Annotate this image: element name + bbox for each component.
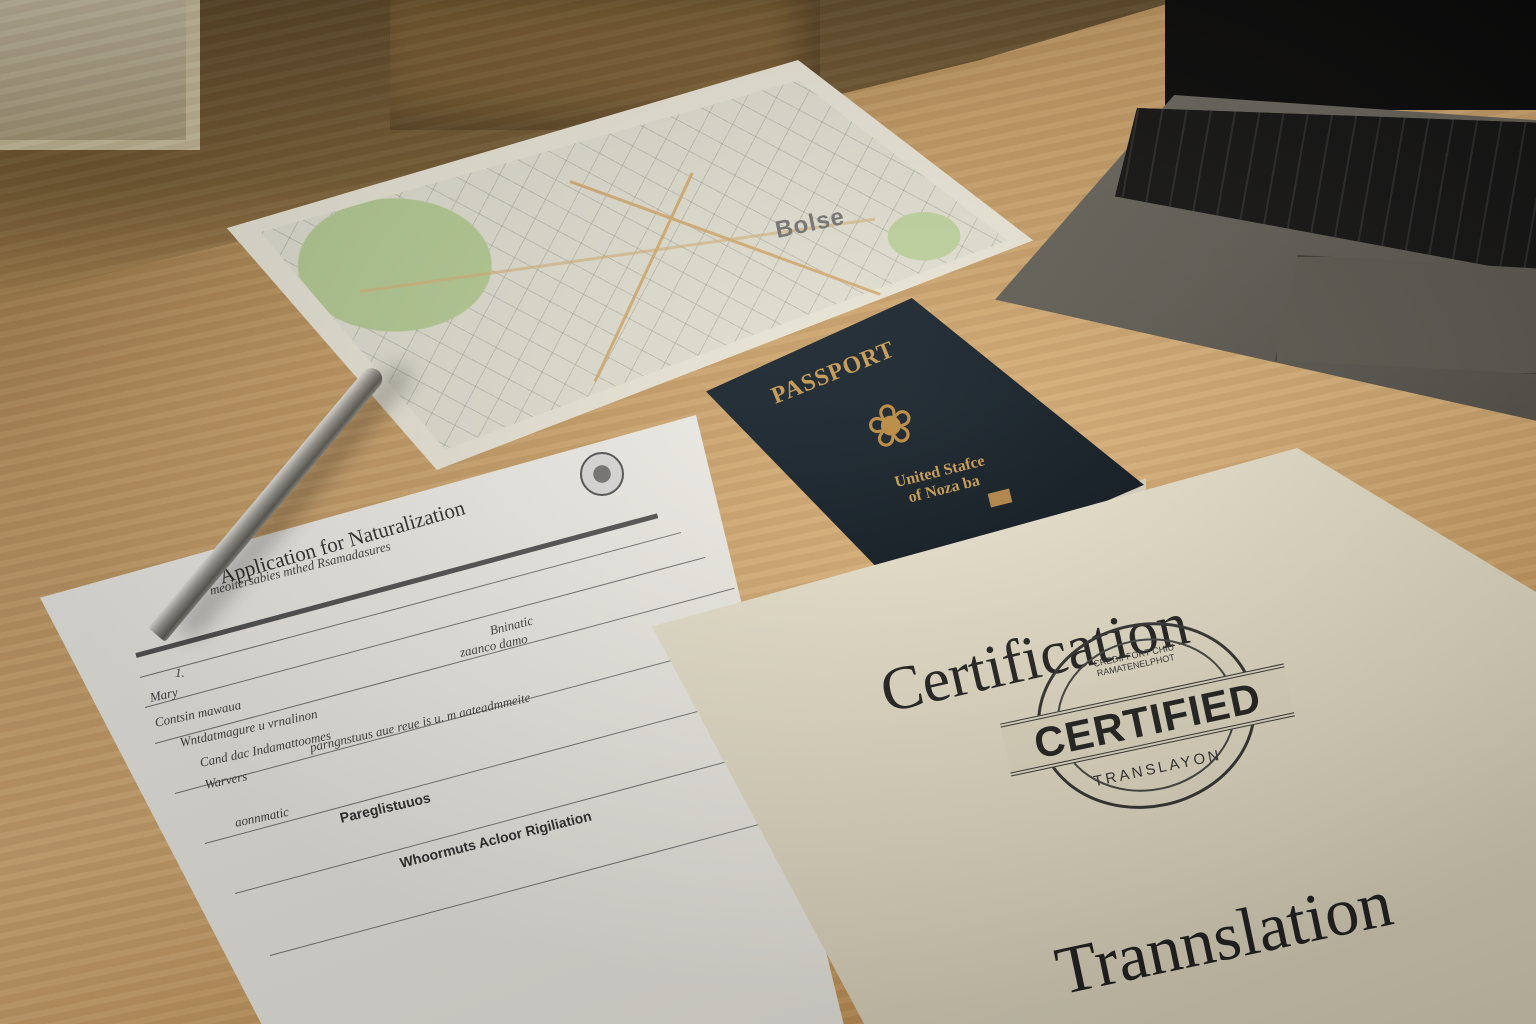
form-field: Mary	[148, 684, 179, 706]
laptop-trackpad	[1275, 255, 1536, 375]
window-frame	[0, 0, 200, 150]
form-section-heading: Whoormuts Acloor Rigiliation	[398, 808, 593, 871]
government-seal-icon	[580, 452, 624, 496]
form-field: Warvers	[203, 768, 248, 793]
laptop-screen	[1165, 0, 1536, 110]
form-field-number: 1.	[175, 665, 185, 681]
certified-translation-document: Certification CREDIFFORT CHIU RAMATENELP…	[652, 448, 1536, 1024]
form-field: parngnstuus aue reue is u. m aateadmmeit…	[308, 689, 532, 755]
